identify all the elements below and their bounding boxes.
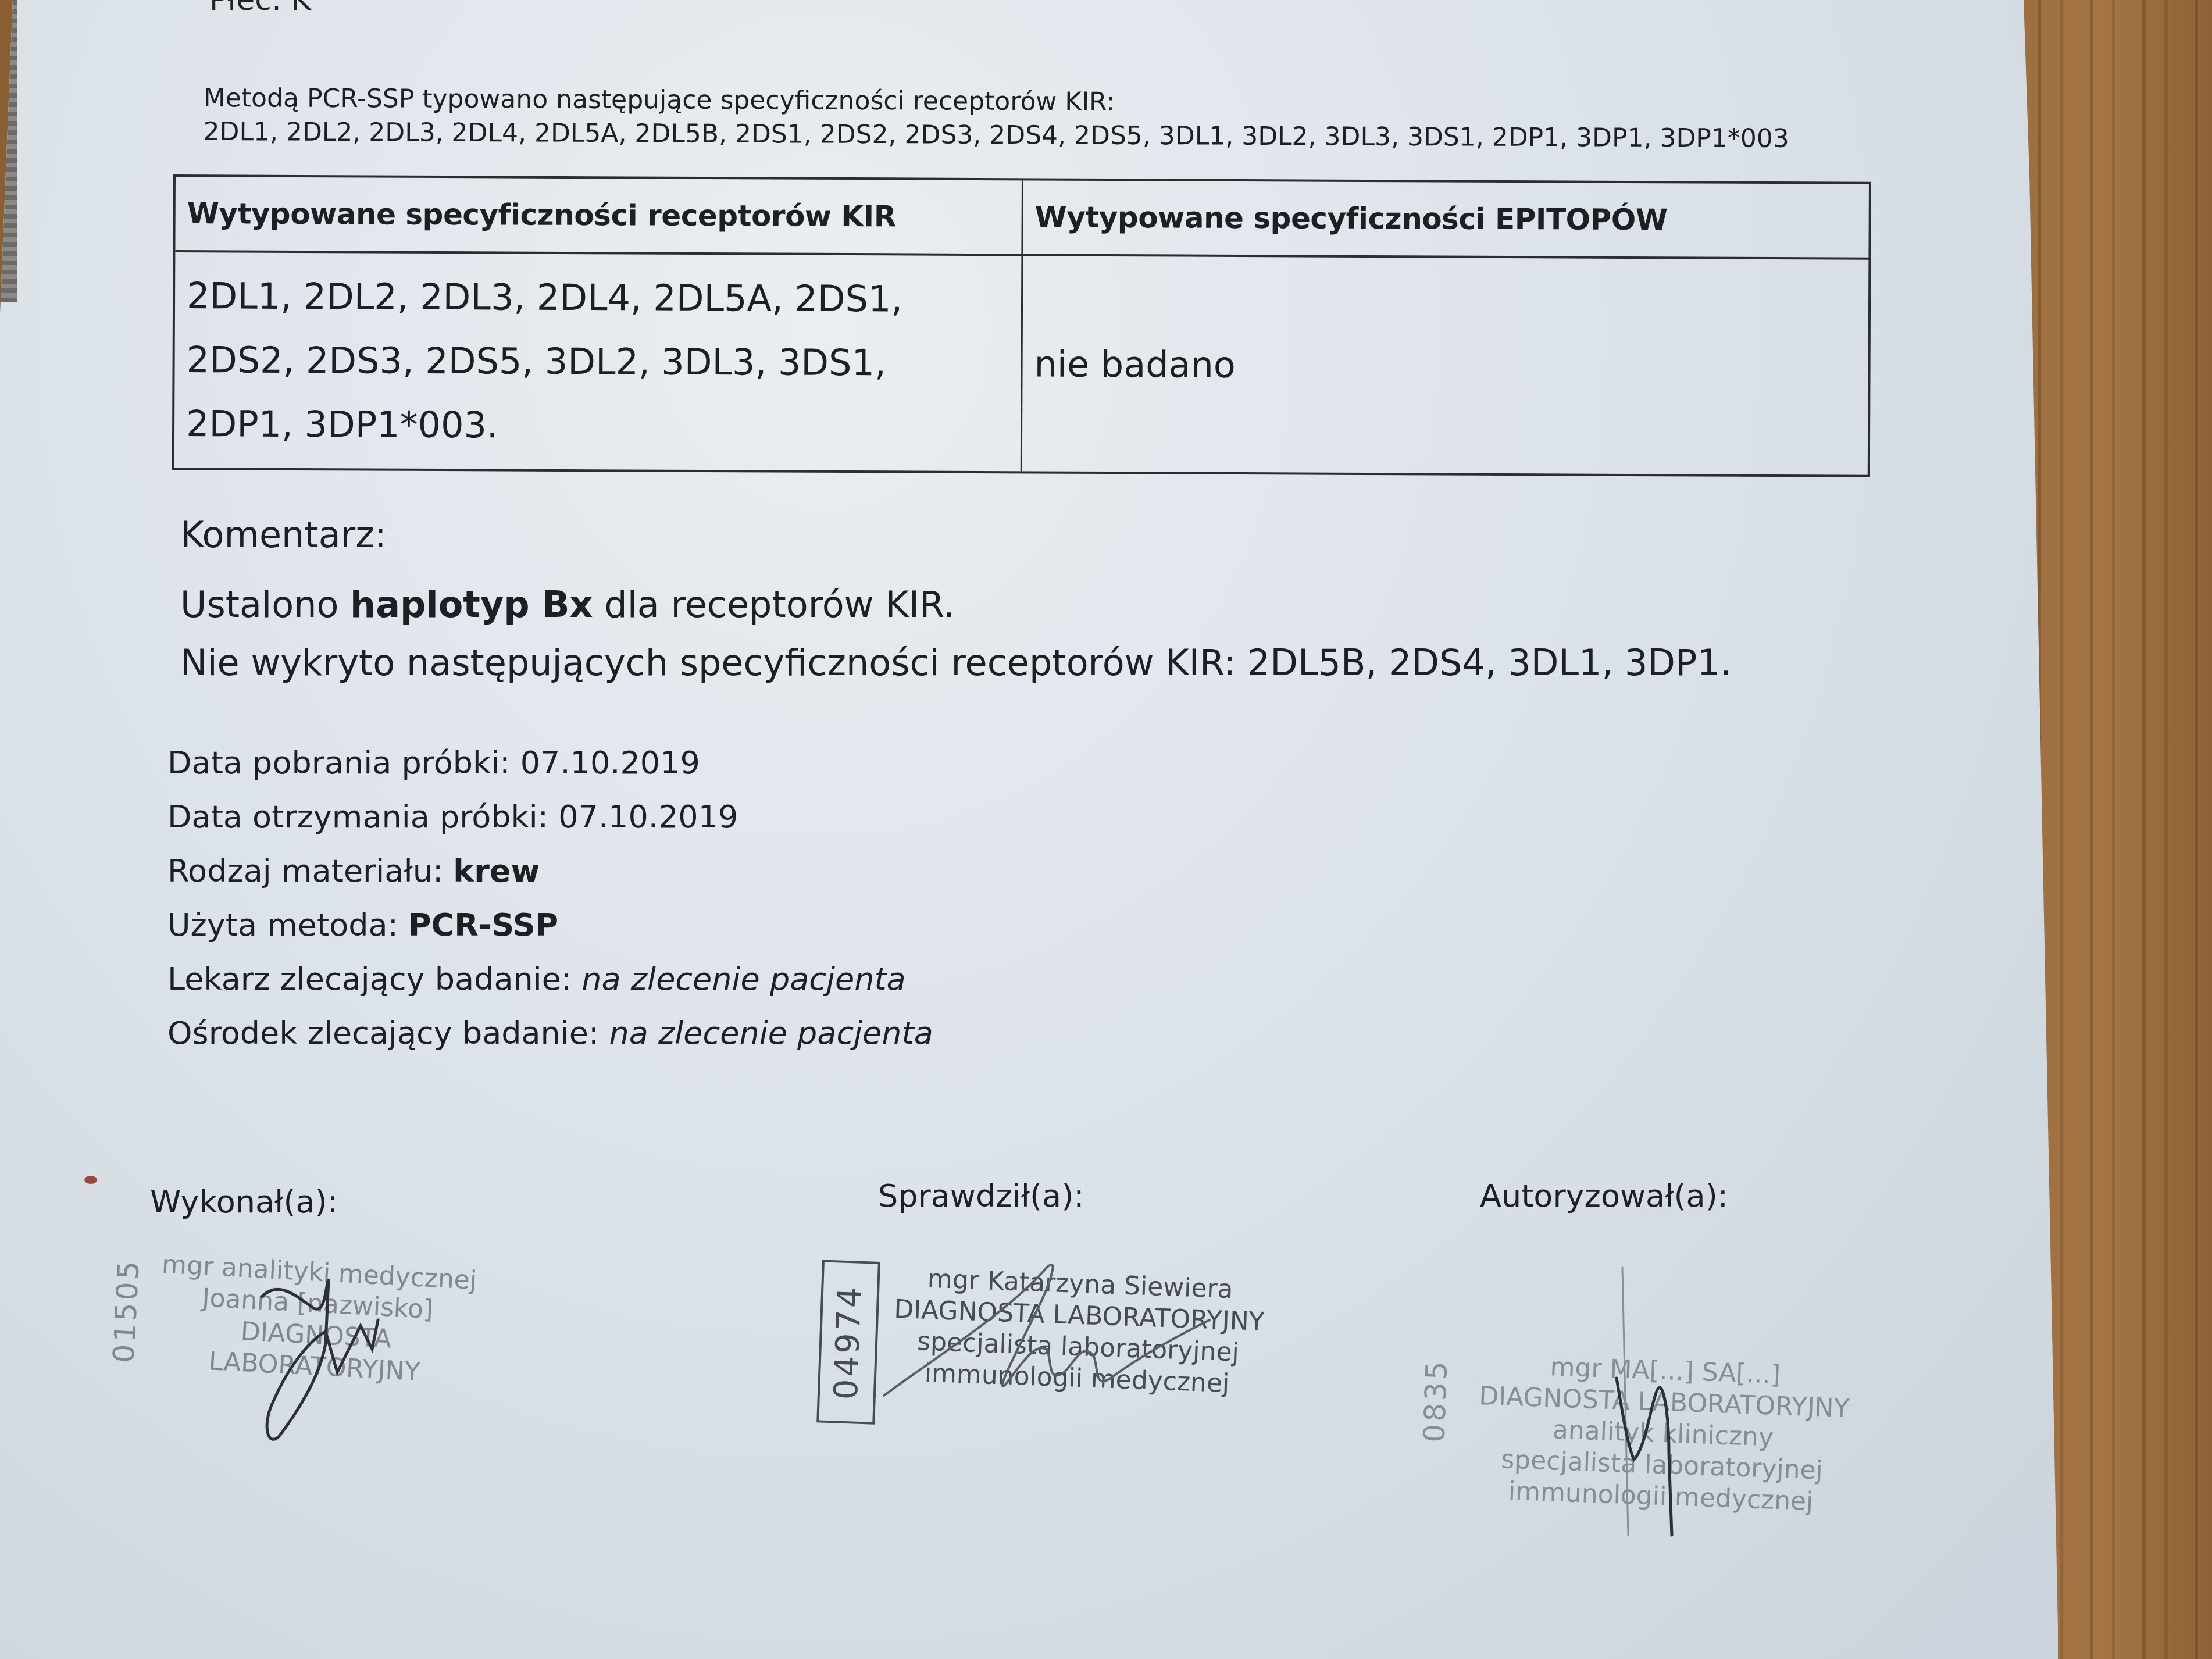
performed-by-stamp: 01505 mgr analityki medycznej Joanna [na…	[108, 1246, 486, 1391]
comment-section: Komentarz: Ustalono haplotyp Bx dla rece…	[180, 506, 1732, 692]
haplotype-value: haplotyp Bx	[350, 583, 593, 626]
authorized-by-label: Autoryzował(a):	[1480, 1178, 1728, 1214]
meta-label: Data otrzymania próbki:	[167, 798, 558, 835]
meta-row-collection-date: Data pobrania próbki: 07.10.2019	[167, 736, 933, 790]
sample-metadata: Data pobrania próbki: 07.10.2019 Data ot…	[167, 736, 933, 1060]
comment-text: Ustalono	[180, 583, 350, 626]
meta-label: Rodzaj materiału:	[167, 852, 453, 889]
comment-haplotype-line: Ustalono haplotyp Bx dla receptorów KIR.	[180, 576, 1732, 634]
meta-label: Użyta metoda:	[167, 907, 408, 943]
table-header-kir: Wytypowane specyficzności receptorów KIR	[175, 177, 1023, 256]
comment-not-detected-line: Nie wykryto następujących specyficzności…	[180, 634, 1732, 692]
meta-row-method: Użyta metoda: PCR-SSP	[167, 898, 933, 952]
performed-by-label: Wykonał(a):	[150, 1183, 338, 1220]
results-table: Wytypowane specyficzności receptorów KIR…	[172, 174, 1871, 477]
meta-row-ordering-center: Ośrodek zlecający badanie: na zlecenie p…	[167, 1006, 933, 1060]
stamp-code: 04974	[831, 1284, 866, 1400]
table-cell-kir-results: 2DL1, 2DL2, 2DL3, 2DL4, 2DL5A, 2DS1, 2DS…	[174, 252, 1023, 471]
header-fragment: Płeć: K	[209, 0, 311, 17]
method-intro: Metodą PCR-SSP typowano następujące spec…	[203, 81, 1789, 156]
authorized-by-stamp: 0835 mgr MA[...] SA[...] DIAGNOSTA LABOR…	[1405, 1347, 1887, 1520]
meta-row-received-date: Data otrzymania próbki: 07.10.2019	[167, 790, 933, 844]
meta-row-ordering-physician: Lekarz zlecający badanie: na zlecenie pa…	[167, 952, 933, 1006]
meta-label: Lekarz zlecający badanie:	[167, 961, 581, 997]
meta-value: PCR-SSP	[408, 907, 558, 943]
comment-title: Komentarz:	[180, 506, 1732, 564]
typed-specificities-list: 2DL1, 2DL2, 2DL3, 2DL4, 2DL5A, 2DL5B, 2D…	[203, 115, 1789, 156]
comment-text: dla receptorów KIR.	[593, 583, 955, 626]
stamp-code: 01505	[108, 1258, 145, 1364]
meta-label: Ośrodek zlecający badanie:	[167, 1015, 609, 1051]
table-cell-epitope-results: nie badano	[1022, 256, 1871, 474]
checked-by-stamp: 04974 mgr Katarzyna Siewiera DIAGNOSTA L…	[818, 1260, 1275, 1401]
meta-value: krew	[453, 852, 540, 889]
meta-value: 07.10.2019	[558, 798, 738, 835]
ink-dot-mark	[84, 1176, 97, 1184]
table-edge-left	[0, 0, 17, 302]
checked-by-label: Sprawdził(a):	[878, 1178, 1084, 1214]
meta-value: na zlecenie pacjenta	[609, 1015, 933, 1051]
meta-value: na zlecenie pacjenta	[581, 961, 905, 997]
lab-report-page: Płeć: K Metodą PCR-SSP typowano następuj…	[0, 0, 2058, 1659]
stamp-code-box: 04974	[816, 1260, 880, 1424]
stamp-code: 0835	[1418, 1358, 1453, 1443]
meta-row-material: Rodzaj materiału: krew	[167, 844, 933, 898]
meta-label: Data pobrania próbki:	[167, 744, 520, 781]
table-header-epitopes: Wytypowane specyficzności EPITOPÓW	[1023, 180, 1871, 259]
meta-value: 07.10.2019	[520, 744, 700, 781]
